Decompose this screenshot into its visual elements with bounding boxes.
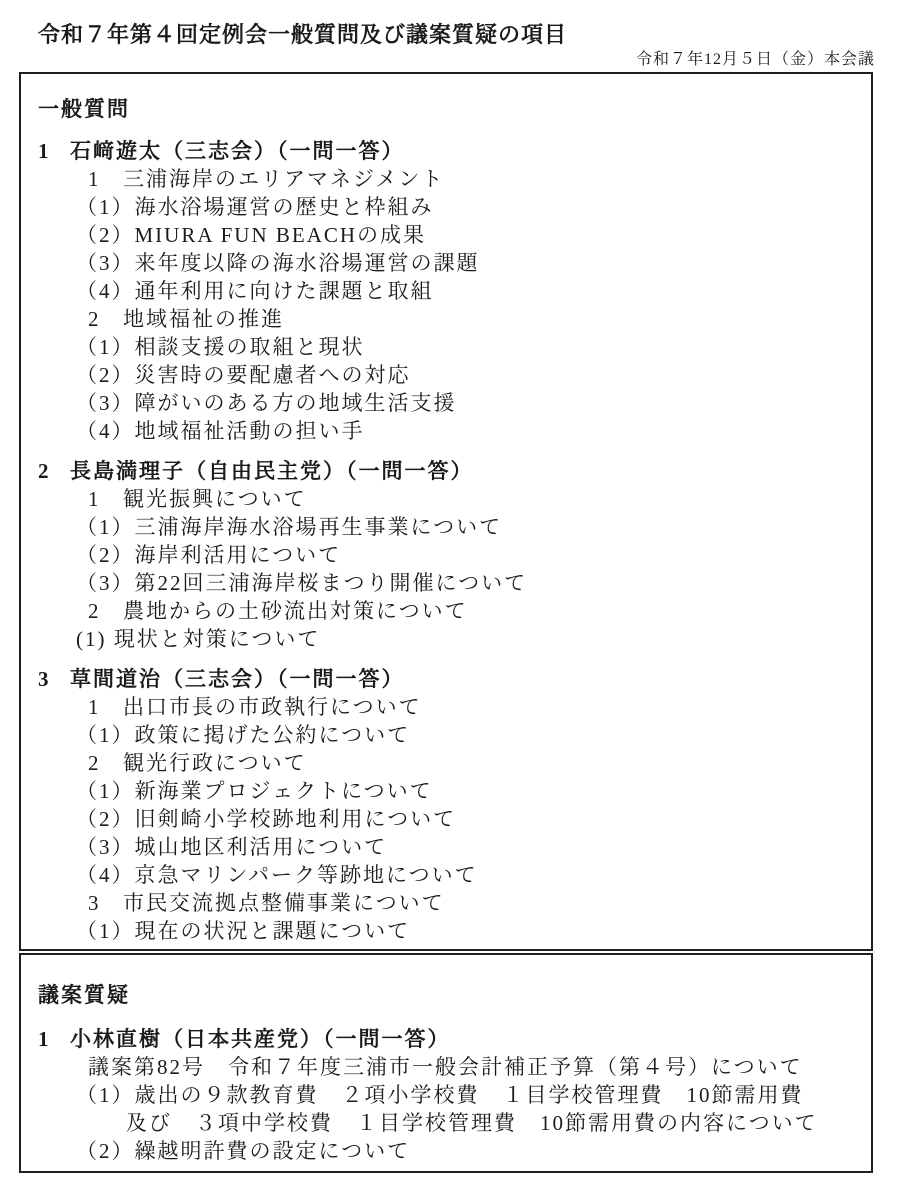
- item-text: （4）通年利用に向けた課題と取組: [76, 279, 434, 303]
- bill-questions-list: 1小林直樹（日本共産党）（一問一答）議案第82号 令和７年度三浦市一般会計補正予…: [38, 1025, 863, 1165]
- agenda-item-line: （3）城山地区利活用について: [38, 833, 863, 861]
- agenda-item-line: （2）海岸利活用について: [38, 541, 863, 569]
- speaker-heading: 1石﨑遊太（三志会）（一問一答）: [38, 137, 863, 165]
- item-text: （1）海水浴場運営の歴史と枠組み: [76, 195, 434, 219]
- speaker-heading: 1小林直樹（日本共産党）（一問一答）: [38, 1025, 863, 1053]
- agenda-item-line: （2）災害時の要配慮者への対応: [38, 361, 863, 389]
- item-text: （3）城山地区利活用について: [76, 835, 387, 859]
- speaker-name: 草間道治（三志会）（一問一答）: [70, 667, 405, 691]
- item-text: 三浦海岸のエリアマネジメント: [123, 167, 444, 191]
- item-number: 3: [88, 889, 123, 917]
- agenda-item-line: （3）来年度以降の海水浴場運営の課題: [38, 249, 863, 277]
- speaker-heading: 2長島満理子（自由民主党）（一問一答）: [38, 457, 863, 485]
- item-text: （4）地域福祉活動の担い手: [76, 419, 365, 443]
- agenda-item-line: （1）新海業プロジェクトについて: [38, 777, 863, 805]
- bill-questions-box: 議案質疑 1小林直樹（日本共産党）（一問一答）議案第82号 令和７年度三浦市一般…: [19, 953, 873, 1173]
- agenda-item-line: 2農地からの土砂流出対策について: [38, 597, 863, 625]
- item-text: （1）政策に掲げた公約について: [76, 723, 410, 747]
- speaker-number: 1: [38, 1025, 70, 1053]
- item-text: 観光行政について: [123, 751, 307, 775]
- agenda-item-line: 2地域福祉の推進: [38, 305, 863, 333]
- item-number: 1: [88, 165, 123, 193]
- item-text: （2）災害時の要配慮者への対応: [76, 363, 411, 387]
- item-text: （1）歳出の９款教育費 ２項小学校費 １目学校管理費 10節需用費: [76, 1083, 804, 1107]
- agenda-item-line: （1）現在の状況と課題について: [38, 917, 863, 945]
- speaker-number: 1: [38, 137, 70, 165]
- item-text: 及び ３項中学校費 １目学校管理費 10節需用費の内容について: [126, 1111, 818, 1135]
- agenda-item-line: （1）海水浴場運営の歴史と枠組み: [38, 193, 863, 221]
- item-text: 農地からの土砂流出対策について: [123, 599, 468, 623]
- agenda-item-line: （4）地域福祉活動の担い手: [38, 417, 863, 445]
- bill-questions-heading: 議案質疑: [38, 981, 863, 1009]
- agenda-item-line: 1観光振興について: [38, 485, 863, 513]
- general-questions-box: 一般質問 1石﨑遊太（三志会）（一問一答）1三浦海岸のエリアマネジメント（1）海…: [19, 72, 873, 951]
- general-questions-heading: 一般質問: [38, 95, 863, 123]
- agenda-item-line: 1三浦海岸のエリアマネジメント: [38, 165, 863, 193]
- agenda-item-line: （3）第22回三浦海岸桜まつり開催について: [38, 569, 863, 597]
- item-text: （1）三浦海岸海水浴場再生事業について: [76, 515, 502, 539]
- agenda-item-line: （4）通年利用に向けた課題と取組: [38, 277, 863, 305]
- item-text: （4）京急マリンパーク等跡地について: [76, 863, 478, 887]
- agenda-item-line: （2）旧剣崎小学校跡地利用について: [38, 805, 863, 833]
- agenda-item-line: （1）歳出の９款教育費 ２項小学校費 １目学校管理費 10節需用費: [38, 1081, 863, 1109]
- speaker-name: 石﨑遊太（三志会）（一問一答）: [70, 139, 405, 163]
- speaker-number: 2: [38, 457, 70, 485]
- agenda-item-line: 2観光行政について: [38, 749, 863, 777]
- item-number: 2: [88, 305, 123, 333]
- agenda-item-line: 3市民交流拠点整備事業について: [38, 889, 863, 917]
- item-text: (1) 現状と対策について: [76, 627, 320, 651]
- speaker-block: 1石﨑遊太（三志会）（一問一答）1三浦海岸のエリアマネジメント（1）海水浴場運営…: [38, 137, 863, 445]
- item-text: （3）障がいのある方の地域生活支援: [76, 391, 457, 415]
- item-text: （1）現在の状況と課題について: [76, 919, 410, 943]
- item-text: 議案第82号 令和７年度三浦市一般会計補正予算（第４号）について: [88, 1055, 803, 1079]
- speaker-block: 3草間道治（三志会）（一問一答）1出口市長の市政執行について（1）政策に掲げた公…: [38, 665, 863, 945]
- agenda-item-line: （3）障がいのある方の地域生活支援: [38, 389, 863, 417]
- item-text: （1）新海業プロジェクトについて: [76, 779, 433, 803]
- item-text: 出口市長の市政執行について: [123, 695, 422, 719]
- speaker-block: 1小林直樹（日本共産党）（一問一答）議案第82号 令和７年度三浦市一般会計補正予…: [38, 1025, 863, 1165]
- agenda-item-line: （1）三浦海岸海水浴場再生事業について: [38, 513, 863, 541]
- item-text: （2）旧剣崎小学校跡地利用について: [76, 807, 456, 831]
- item-text: （3）第22回三浦海岸桜まつり開催について: [76, 571, 527, 595]
- agenda-item-line: （4）京急マリンパーク等跡地について: [38, 861, 863, 889]
- agenda-item-line: （2）繰越明許費の設定について: [38, 1137, 863, 1165]
- speaker-heading: 3草間道治（三志会）（一問一答）: [38, 665, 863, 693]
- speaker-name: 長島満理子（自由民主党）（一問一答）: [70, 459, 474, 483]
- item-text: 地域福祉の推進: [123, 307, 284, 331]
- item-text: （3）来年度以降の海水浴場運営の課題: [76, 251, 480, 275]
- agenda-item-line: （1）相談支援の取組と現状: [38, 333, 863, 361]
- item-text: （1）相談支援の取組と現状: [76, 335, 365, 359]
- agenda-item-line: 及び ３項中学校費 １目学校管理費 10節需用費の内容について: [38, 1109, 863, 1137]
- agenda-item-line: 1出口市長の市政執行について: [38, 693, 863, 721]
- item-number: 2: [88, 597, 123, 625]
- item-text: （2）MIURA FUN BEACHの成果: [76, 223, 426, 247]
- item-text: （2）繰越明許費の設定について: [76, 1139, 410, 1163]
- item-text: 観光振興について: [123, 487, 307, 511]
- item-text: 市民交流拠点整備事業について: [123, 891, 445, 915]
- agenda-item-line: （2）MIURA FUN BEACHの成果: [38, 221, 863, 249]
- agenda-item-line: （1）政策に掲げた公約について: [38, 721, 863, 749]
- item-text: （2）海岸利活用について: [76, 543, 341, 567]
- session-date-line: 令和７年12月５日（金）本会議: [0, 50, 875, 70]
- agenda-item-line: 議案第82号 令和７年度三浦市一般会計補正予算（第４号）について: [38, 1053, 863, 1081]
- general-questions-list: 1石﨑遊太（三志会）（一問一答）1三浦海岸のエリアマネジメント（1）海水浴場運営…: [38, 137, 863, 945]
- page-title: 令和７年第４回定例会一般質問及び議案質疑の項目: [38, 20, 899, 50]
- speaker-number: 3: [38, 665, 70, 693]
- speaker-name: 小林直樹（日本共産党）（一問一答）: [70, 1027, 451, 1051]
- item-number: 2: [88, 749, 123, 777]
- agenda-item-line: (1) 現状と対策について: [38, 625, 863, 653]
- item-number: 1: [88, 485, 123, 513]
- speaker-block: 2長島満理子（自由民主党）（一問一答）1観光振興について（1）三浦海岸海水浴場再…: [38, 457, 863, 653]
- item-number: 1: [88, 693, 123, 721]
